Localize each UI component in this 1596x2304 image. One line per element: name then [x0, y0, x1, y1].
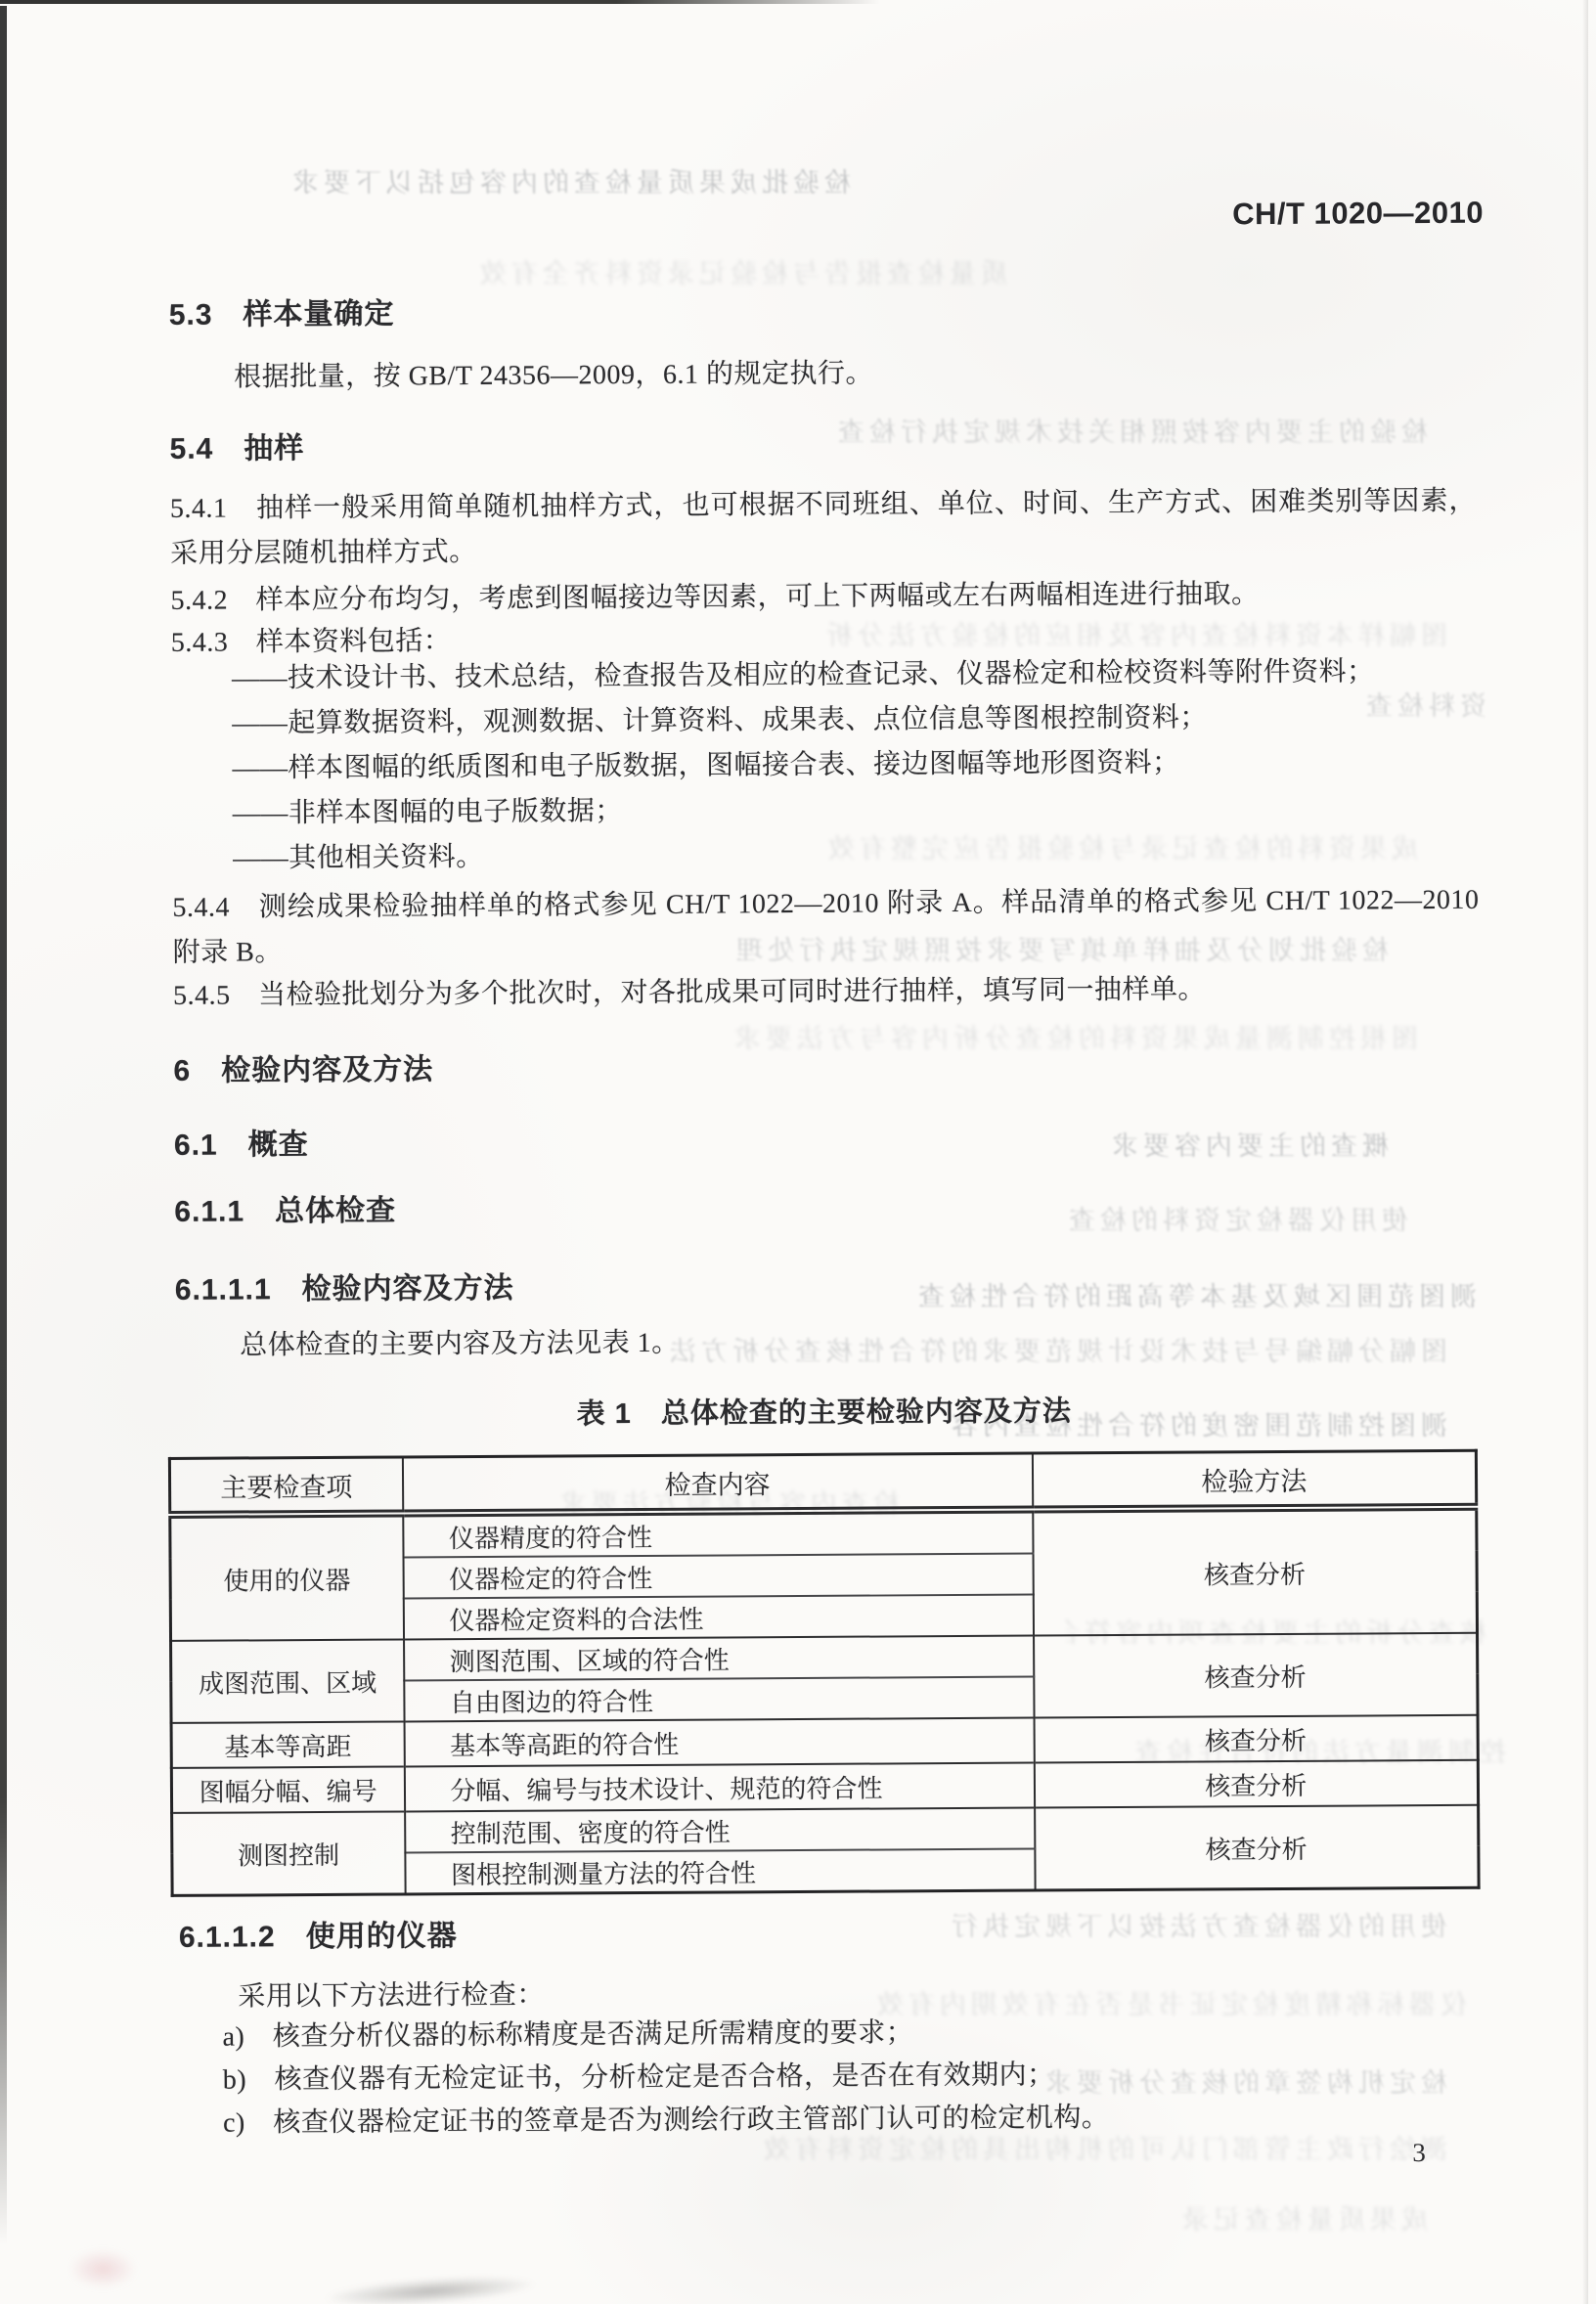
- table-method-cell: 核查分析: [1033, 1507, 1478, 1636]
- list-item: ——技术设计书、技术总结，检查报告及相应的检查记录、仪器检定和检校资料等附件资料…: [232, 649, 1375, 701]
- method-item-a: a) 核查分析仪器的标称精度是否满足所需精度的要求；: [222, 2011, 1109, 2060]
- table-item-cell: 图幅分幅、编号: [171, 1766, 404, 1812]
- table-header-main-item: 主要检查项: [169, 1457, 402, 1515]
- paragraph-5-4-1: 5.4.1 抽样一般采用简单随机抽样方式，也可根据不同班组、单位、时间、生产方式…: [170, 479, 1478, 577]
- table-body: 使用的仪器仪器精度的符合性核查分析仪器检定的符合性仪器检定资料的合法性成图范围、…: [170, 1507, 1479, 1896]
- method-item-c: c) 核查仪器检定证书的签章是否为测绘行政主管部门认可的检定机构。: [223, 2097, 1110, 2146]
- standard-code-header: CH/T 1020—2010: [1232, 196, 1484, 233]
- table-row: 使用的仪器仪器精度的符合性核查分析: [170, 1507, 1477, 1559]
- table-content-cell: 测图范围、区域的符合性: [404, 1636, 1034, 1681]
- table-item-cell: 成图范围、区域: [171, 1639, 405, 1722]
- paragraph-5-3: 根据批量，按 GB/T 24356—2009，6.1 的规定执行。: [234, 352, 873, 401]
- heading-6-1-1-1: 6.1.1.1 检验内容及方法: [175, 1263, 514, 1308]
- table-header-content: 检查内容: [402, 1453, 1032, 1513]
- table-item-cell: 使用的仪器: [170, 1513, 404, 1640]
- heading-6-1: 6.1 概查: [174, 1120, 309, 1164]
- page-content: CH/T 1020—2010 5.3 样本量确定 根据批量，按 GB/T 243…: [0, 0, 1596, 2304]
- table-caption: 表 1 总体检查的主要检验内容及方法: [576, 1389, 1071, 1432]
- method-item-b: b) 核查仪器有无检定证书，分析检定是否合格，是否在有效期内；: [223, 2054, 1110, 2103]
- table-content-cell: 基本等高距的符合性: [404, 1718, 1034, 1767]
- scan-edge-left: [0, 6, 7, 2245]
- sample-material-list: ——技术设计书、技术总结，检查报告及相应的检查记录、仪器检定和检校资料等附件资料…: [232, 649, 1376, 881]
- page-number: 3: [1412, 2138, 1427, 2168]
- heading-6-1-1: 6.1.1 总体检查: [174, 1186, 396, 1230]
- heading-6: 6 检验内容及方法: [173, 1044, 433, 1089]
- table-content-cell: 仪器检定的符合性: [403, 1554, 1033, 1599]
- scan-edge-right: [1582, 0, 1588, 2304]
- heading-6-1-1-2: 6.1.1.2 使用的仪器: [179, 1911, 458, 1956]
- paragraph-5-4-2: 5.4.2 样本应分布均匀，考虑到图幅接边等因素，可上下两幅或左右两幅相连进行抽…: [170, 572, 1259, 624]
- scanned-standard-page: 检验批成果质量检查的内容包括以下要求 质量检查报告与检验记录资料齐全有效 检验的…: [0, 0, 1596, 2304]
- table-row: 图幅分幅、编号分幅、编号与技术设计、规范的符合性核查分析: [171, 1760, 1478, 1813]
- scan-edge-top: [0, 0, 880, 4]
- table-row: 基本等高距基本等高距的符合性核查分析: [171, 1715, 1478, 1768]
- list-item: ——起算数据资料，观测数据、计算资料、成果表、点位信息等图根控制资料；: [232, 694, 1375, 746]
- table-content-cell: 仪器检定资料的合法性: [403, 1595, 1033, 1640]
- table-content-cell: 控制范围、密度的符合性: [405, 1808, 1035, 1853]
- table-method-cell: 核查分析: [1035, 1805, 1480, 1890]
- paragraph-5-4-4: 5.4.4 测绘成果检验抽样单的格式参见 CH/T 1022—2010 附录 A…: [172, 878, 1480, 976]
- heading-5-4: 5.4 抽样: [169, 423, 304, 467]
- table-content-cell: 分幅、编号与技术设计、规范的符合性: [404, 1763, 1034, 1812]
- heading-5-3: 5.3 样本量确定: [169, 289, 395, 333]
- table-content-cell: 图根控制测量方法的符合性: [405, 1849, 1035, 1894]
- paragraph-method-intro: 采用以下方法进行检查：: [238, 1973, 545, 2020]
- table-method-cell: 核查分析: [1034, 1633, 1479, 1718]
- paragraph-table-reference: 总体检查的主要内容及方法见表 1。: [240, 1321, 680, 1369]
- table-item-cell: 测图控制: [172, 1811, 406, 1895]
- table-content-cell: 仪器精度的符合性: [403, 1510, 1033, 1558]
- scan-smudge-pink: [68, 2249, 137, 2288]
- table-method-cell: 核查分析: [1034, 1715, 1478, 1763]
- table-method-cell: 核查分析: [1034, 1760, 1478, 1808]
- paragraph-5-4-5: 5.4.5 当检验批划分为多个批次时，对各批成果可同时进行抽样，填写同一抽样单。: [173, 967, 1206, 1018]
- table-row: 测图控制控制范围、密度的符合性核查分析: [172, 1805, 1479, 1854]
- list-item: ——样本图幅的纸质图和电子版数据，图幅接合表、接边图幅等地形图资料；: [232, 739, 1375, 791]
- table-header-row: 主要检查项 检查内容 检验方法: [169, 1450, 1476, 1515]
- inspection-table: 主要检查项 检查内容 检验方法 使用的仪器仪器精度的符合性核查分析仪器检定的符合…: [168, 1449, 1481, 1897]
- table-content-cell: 自由图边的符合性: [404, 1677, 1034, 1722]
- list-item: ——非样本图幅的电子版数据；: [233, 784, 1376, 836]
- table-header-method: 检验方法: [1032, 1450, 1476, 1509]
- list-item: ——其他相关资料。: [233, 829, 1376, 881]
- table-row: 成图范围、区域测图范围、区域的符合性核查分析: [171, 1633, 1478, 1682]
- table-item-cell: 基本等高距: [171, 1721, 404, 1767]
- method-list: a) 核查分析仪器的标称精度是否满足所需精度的要求； b) 核查仪器有无检定证书…: [222, 2011, 1109, 2146]
